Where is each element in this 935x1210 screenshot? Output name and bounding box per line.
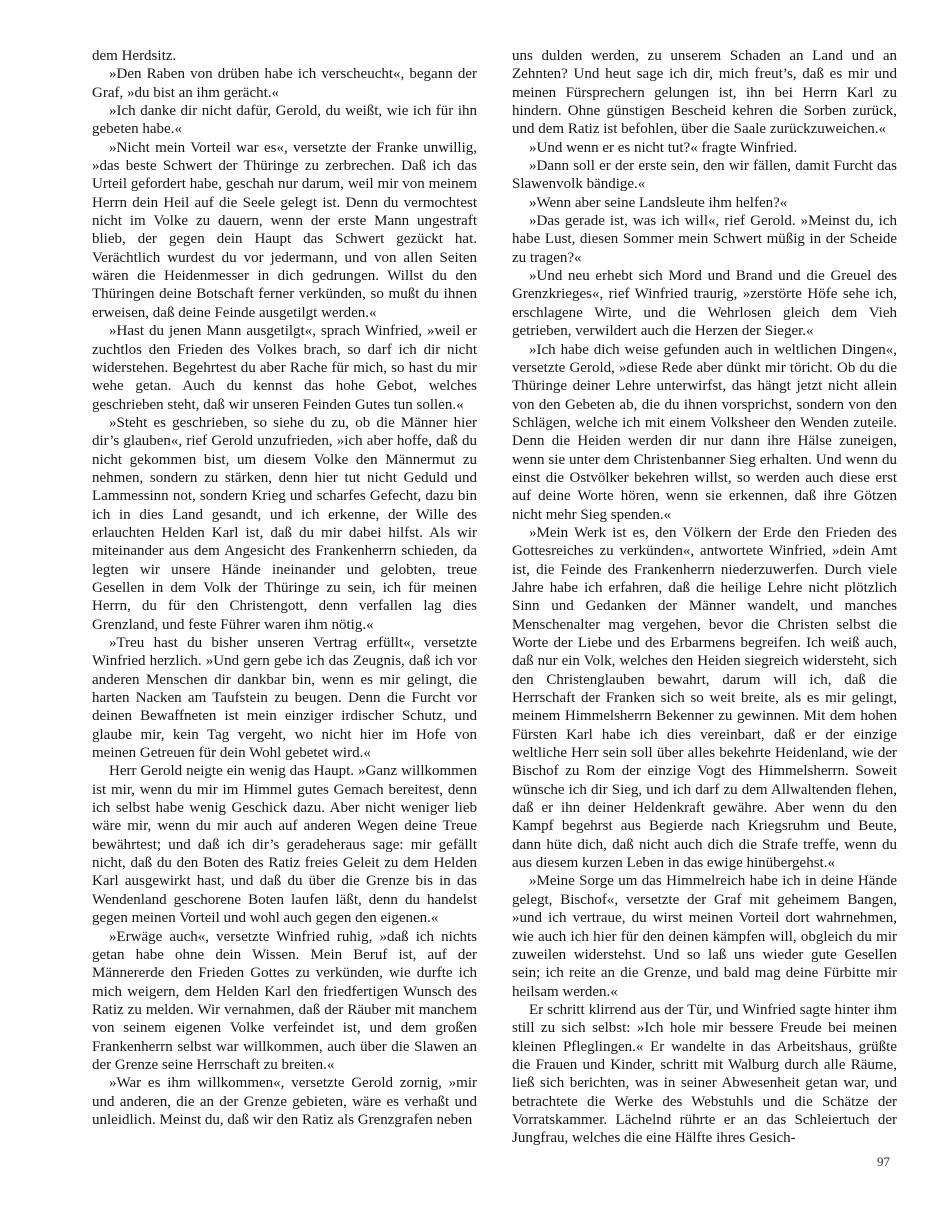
paragraph: »Mein Werk ist es, den Völkern der Erde … — [512, 524, 897, 873]
paragraph: »Nicht mein Vorteil war es«, versetzte d… — [92, 139, 477, 322]
paragraph: »Den Raben von drüben habe ich verscheuc… — [92, 65, 477, 102]
paragraph: »Dann soll er der erste sein, den wir fä… — [512, 157, 897, 194]
paragraph: »Meine Sorge um das Himmelreich habe ich… — [512, 872, 897, 1000]
paragraph: »Und neu erhebt sich Mord und Brand und … — [512, 267, 897, 340]
paragraph: »Hast du jenen Mann ausgetilgt«, sprach … — [92, 322, 477, 414]
paragraph: »Wenn aber seine Landsleute ihm helfen?« — [512, 194, 897, 212]
paragraph: »Treu hast du bisher unseren Vertrag erf… — [92, 634, 477, 762]
paragraph: Herr Gerold neigte ein wenig das Haupt. … — [92, 762, 477, 927]
paragraph: »Das gerade ist, was ich will«, rief Ger… — [512, 212, 897, 267]
text-column-left: dem Herdsitz. »Den Raben von drüben habe… — [92, 47, 477, 1148]
paragraph: Er schritt klirrend aus der Tür, und Win… — [512, 1001, 897, 1148]
paragraph: dem Herdsitz. — [92, 47, 477, 65]
paragraph: »Ich danke dir nicht dafür, Gerold, du w… — [92, 102, 477, 139]
paragraph: »Erwäge auch«, versetzte Winfried ruhig,… — [92, 928, 477, 1075]
page-number: 97 — [858, 1154, 890, 1170]
paragraph: uns dulden werden, zu unserem Schaden an… — [512, 47, 897, 139]
paragraph: »Ich habe dich weise gefunden auch in we… — [512, 341, 897, 524]
book-page: dem Herdsitz. »Den Raben von drüben habe… — [0, 0, 935, 1210]
paragraph: »Und wenn er es nicht tut?« fragte Winfr… — [512, 139, 897, 157]
text-block: dem Herdsitz. »Den Raben von drüben habe… — [92, 47, 897, 1148]
text-column-right: uns dulden werden, zu unserem Schaden an… — [512, 47, 897, 1148]
paragraph: »Steht es geschrieben, so siehe du zu, o… — [92, 414, 477, 634]
paragraph: »War es ihm willkommen«, versetzte Gerol… — [92, 1074, 477, 1129]
